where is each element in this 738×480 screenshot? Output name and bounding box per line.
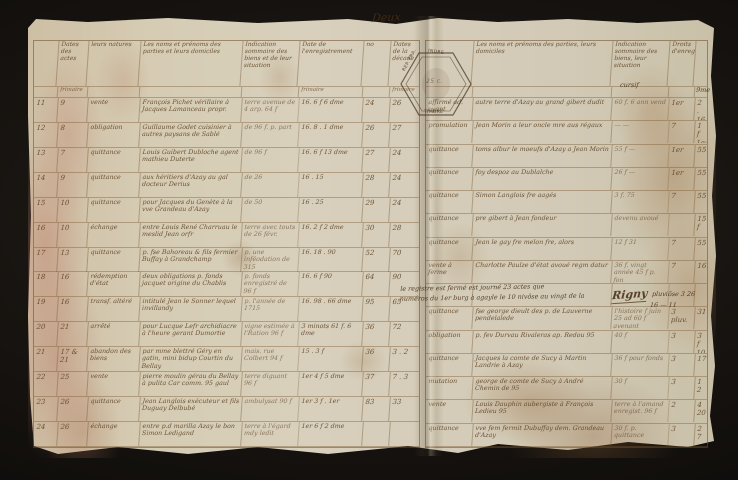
cell-enreg: 3 minots 61 f. 6 dme [298, 322, 364, 346]
cell-no: 12 [33, 123, 59, 147]
cell-nature: arrêté [87, 322, 141, 346]
table-row: quittancevve fem fermit Dubuffay dem. Gr… [426, 424, 707, 447]
column-header: Date de l'enregistrement [297, 41, 364, 86]
table-row: 149quittanceaux héritiers d'Azay au gal … [34, 173, 419, 198]
table-row: 2225ventepierre moulin gérau du Bellay à… [34, 372, 419, 397]
cell-no: 24 [33, 422, 59, 446]
cell-enreg: 16. 2 f 2 dme [298, 223, 364, 247]
note-side-date2: 16 — 11 [650, 301, 677, 309]
cell-c1: 3 [668, 377, 696, 399]
revenue-stamp: INDRE REP. FRA. TIMBRE 25 c. [398, 44, 474, 124]
cell-names: Jacques la comte de Sucy à Martin Landri… [472, 354, 613, 376]
cell-nature: vente [87, 372, 141, 396]
cell-day: 13 [57, 248, 89, 272]
cell-enreg: 15 . 3 f [298, 347, 364, 371]
cell-names: Guillaume Godet cuisinier à autres paysa… [139, 123, 243, 147]
cell-c1: 1er [668, 145, 696, 167]
cell-nature: quittance [425, 238, 474, 260]
cell-names: pre gibert à Jean fondeur [472, 214, 613, 236]
cell-enreg: 16. 6 f 6 dme [298, 98, 364, 122]
cell-names: autre terre d'Azay au grand gibert dudit [472, 98, 613, 120]
cell-c1: 3 pluv. [668, 307, 696, 329]
cell-names: Jean Morin a leur oncle mre aus régaux [472, 121, 613, 143]
cell-c1: 29 [362, 198, 391, 222]
cell-biens: terre diguant 96 f [241, 372, 300, 396]
cell-c2: 17 [694, 354, 708, 376]
table-row: vente à fermeCharlotte Paulze d'état avo… [426, 261, 707, 284]
column-header: no [361, 41, 391, 86]
cell-c1: 36 [362, 322, 391, 346]
cell-no: 11 [33, 98, 59, 122]
cell-no: 21 [33, 347, 59, 371]
cell-names: vve fem fermit Dubuffay dem. Grandeau d'… [472, 424, 613, 446]
cell-enreg: 1er 3 f . 1er [298, 397, 364, 421]
cell-day: 16 [57, 297, 89, 321]
cell-names: Charlotte Paulze d'état avoué regm datur [472, 261, 613, 283]
month-label [473, 87, 613, 97]
table-body-left: 119venteFrançois Pichet vérillaire à Jac… [34, 98, 419, 447]
cell-day: 8 [57, 123, 89, 147]
cell-day: 7 [57, 148, 89, 172]
cell-day: 9 [57, 173, 89, 197]
cell-names: Simon Langlois fre aagés [472, 191, 613, 213]
cell-nature: obligation [425, 331, 474, 353]
cell-c1: 24 [362, 98, 391, 122]
cell-c2: 55 [694, 191, 708, 213]
cell-biens: p. fonds enregistré de 96 f [241, 272, 300, 296]
register-table-left-page: Dates des actesleurs naturesLes noms et … [33, 40, 420, 448]
cell-biens: de 50 [241, 198, 300, 222]
month-label: frimaire [58, 87, 89, 97]
cell-day: 26 [57, 397, 89, 421]
cell-day: 16 [57, 272, 89, 296]
cell-c2: 27 [389, 123, 420, 147]
cell-c1: 2 [668, 400, 696, 422]
cell-no: 20 [33, 322, 59, 346]
cell-c1: 52 [362, 248, 391, 272]
cell-c2: 70 [389, 248, 420, 272]
cell-nature: abandon des biens [87, 347, 141, 371]
cell-names: Louis Dauphin aubergiste à François Ledi… [472, 400, 613, 422]
table-row: 1713quittancep. fse Bahoreau & fils ferm… [34, 248, 419, 273]
cell-droits: 36 f. vingt année 45 f p. fon [611, 261, 670, 283]
table-row: 2326quittanceJean Langlois exécuteur et … [34, 397, 419, 422]
cell-day: 17 & 21 [57, 347, 89, 371]
cell-no: 17 [33, 248, 59, 272]
cell-names: pour Jacques du Genète à la vve Grandeau… [139, 198, 243, 222]
cell-droits: 12 f 31 [611, 238, 670, 260]
cell-nature: vente [425, 400, 474, 422]
cell-biens: mais. rue Colbert 94 f [241, 347, 300, 371]
cell-no: 13 [33, 148, 59, 172]
table-row: 1816rédemption d'étatdeux obligations p.… [34, 272, 419, 297]
column-header [693, 41, 708, 86]
cell-enreg: 16. 98 . 66 dme [298, 297, 364, 321]
table-row: quittanceJacques la comte de Sucy à Mart… [426, 354, 707, 377]
month-label [88, 87, 141, 97]
cell-biens: terre avec touts de 26 févr. [241, 223, 300, 247]
cell-c1: 28 [362, 173, 391, 197]
table-row: quittanceSimon Langlois fre aagés3 f. 75… [426, 191, 707, 214]
cell-names: entre Louis René Charruau le meslid Jean… [139, 223, 243, 247]
cell-day: 9 [57, 98, 89, 122]
cell-c2: 55 [694, 168, 708, 190]
cell-no: 19 [33, 297, 59, 321]
cell-names: foy despoz au Dublalche [472, 168, 613, 190]
cell-no: 18 [33, 272, 59, 296]
cell-c1: 7 [668, 261, 696, 283]
column-header: Les noms et prénoms des parties et leurs… [138, 41, 243, 86]
cell-no: 16 [33, 223, 59, 247]
cell-biens: de 26 [241, 173, 300, 197]
table-row: 2117 & 21abandon des bienspar mme blettr… [34, 347, 419, 372]
cell-c2: 2 . 16 [694, 98, 708, 120]
cell-nature: rédemption d'état [87, 272, 141, 296]
cell-enreg: 16. 18 . 90 [298, 248, 364, 272]
cell-biens: vigne estimée à l'Ration 96 f [241, 322, 300, 346]
cell-nature: quittance [87, 198, 141, 222]
month-label [140, 87, 243, 97]
cell-c2: 28 [389, 223, 420, 247]
cell-names: fse george dieult des p. de Lauverne pen… [472, 307, 613, 329]
column-header: Indication sommaire des biens, leur situ… [610, 41, 670, 86]
cell-c2: 24 [389, 148, 420, 172]
cell-c2: 2 7 [694, 424, 708, 446]
cell-droits: 26 f — [611, 168, 670, 190]
cell-droits: terre à l'amand enregist. 96 f [611, 400, 670, 422]
top-inscription: Deux [371, 10, 401, 25]
cell-biens: de 96 f [241, 148, 300, 172]
table-row: promulationJean Morin a leur oncle mre a… [426, 121, 707, 144]
cell-droits: 40 f [611, 331, 670, 353]
table-row: 1510quittancepour Jacques du Genète à la… [34, 198, 419, 223]
cell-c1: 7 [668, 238, 696, 260]
cell-nature: quittance [425, 354, 474, 376]
cell-biens: p. l'année de 1715 [241, 297, 300, 321]
cell-droits: l'histoire f juin 25 ad 60 f avenant off… [611, 307, 670, 329]
cell-nature: quittance [87, 248, 141, 272]
margin-mark-right: 9me [696, 86, 711, 94]
cell-biens: terre avenue de 4 arp. 64 f [241, 98, 300, 122]
cell-nature: obligation [87, 123, 141, 147]
cell-c2: 31 [694, 307, 708, 329]
cell-enreg: 16. 6 f 90 [298, 272, 364, 296]
cell-c2: 3 . 2 [389, 347, 420, 371]
table-row: 137quittanceLouis Guibert Dubloche agent… [34, 148, 419, 173]
cell-droits: 36 f pour fonds [611, 354, 670, 376]
cell-c2: 4 20 [694, 400, 708, 422]
cell-c2 [694, 284, 708, 306]
cell-droits: 3 f. 75 [611, 191, 670, 213]
cell-day: 21 [57, 322, 89, 346]
cell-droits: 60 f. 6 ann vend [611, 98, 670, 120]
cell-c1: 26 [362, 123, 391, 147]
cell-c1: 64 [362, 272, 391, 296]
cell-c1 [668, 214, 696, 236]
cell-c2 [389, 422, 420, 446]
registrar-signature: Rigny [611, 287, 648, 305]
cell-c1: 1er [668, 98, 696, 120]
cell-names: deux obligations p. fonds jacquet origin… [139, 272, 243, 296]
table-row: 1916transf. altéréintitulé Jean le Sonne… [34, 297, 419, 322]
cell-droits: — — [611, 121, 670, 143]
table-row: quittanceJean le gay fre melon fre, alor… [426, 238, 707, 261]
cell-names: entre p.d marilla Azay le bon Simon Ledi… [139, 422, 243, 446]
table-header-row-left: Dates des actesleurs naturesLes noms et … [34, 41, 419, 87]
cell-names: Jean le gay fre melon fre, alors [472, 238, 613, 260]
cell-no: 22 [33, 372, 59, 396]
cell-nature: quittance [87, 397, 141, 421]
cell-c1: 95 [362, 297, 391, 321]
cell-names: par mme blettré Géry en gatin, mini bidu… [139, 347, 243, 371]
column-header: leurs natures [86, 41, 141, 86]
cell-no: 23 [33, 397, 59, 421]
table-row: 2021arrêtépour Lucque Lefr archidiacre à… [34, 322, 419, 347]
cell-nature: échange [87, 223, 141, 247]
cell-c1: 27 [362, 148, 391, 172]
cell-c1: 3 [668, 354, 696, 376]
cell-day: 25 [57, 372, 89, 396]
cell-names: François Pichet vérillaire à Jacques Lam… [139, 98, 243, 122]
cell-c1: 7 [668, 191, 696, 213]
cell-names: pour Lucque Lefr archidiacre à l'heure g… [139, 322, 243, 346]
cell-c2: 7 . 3 [389, 372, 420, 396]
cell-nature: transf. altéré [87, 297, 141, 321]
cell-c2: 1 2 [694, 377, 708, 399]
closing-note: le registre est fermé est journé 23 acte… [400, 281, 616, 304]
cell-c1: 3 [668, 424, 696, 446]
cell-c1: 36 [362, 347, 391, 371]
cell-nature: quittance [425, 214, 474, 236]
table-row: mutationgeorge de comte de Sucy à André … [426, 377, 707, 400]
cell-enreg: 1er 4 f 5 dme [298, 372, 364, 396]
cell-no: 15 [33, 198, 59, 222]
month-row-left: frimairefrimairefrimaire [34, 87, 419, 98]
table-row: 1610échangeentre Louis René Charruau le … [34, 223, 419, 248]
cell-biens: de 96 f. p. part [241, 123, 300, 147]
cell-day: 26 [57, 422, 89, 446]
month-label [34, 87, 59, 97]
cell-names: intitulé Jean le Sonner lequel invilland… [139, 297, 243, 321]
month-label: frimaire [299, 87, 364, 97]
cell-droits: devenu avoué [611, 214, 670, 236]
cell-names: Louis Guibert Dubloche agent mathieu Dut… [139, 148, 243, 172]
table-row: quittancefoy despoz au Dublalche26 f —1e… [426, 168, 707, 191]
cell-names: pierre moulin gérau du Bellay à pulita C… [139, 372, 243, 396]
stamp-text-center: 25 c. [426, 78, 443, 85]
table-row: quittancepre gibert à Jean fondeurdevenu… [426, 214, 707, 237]
table-row: venteLouis Dauphin aubergiste à François… [426, 400, 707, 423]
cell-enreg: 1er 6 f 2 dme [298, 422, 364, 446]
cell-nature: quittance [425, 307, 474, 329]
cell-nature: quittance [425, 168, 474, 190]
column-header: Les noms et prénoms des parties, leurs d… [471, 41, 613, 86]
cell-nature: quittance [87, 148, 141, 172]
cell-droits: 30 f [611, 377, 670, 399]
cell-c1: 7 [668, 121, 696, 143]
month-label [669, 87, 696, 97]
column-header: Dates des actes [56, 41, 89, 86]
cell-nature: vente à ferme [425, 261, 474, 283]
margin-mark-left: cursif [620, 81, 639, 89]
cell-names: p. fev Durvau Rivaleras ap. Redou 95 [472, 331, 613, 353]
cell-c1: 83 [362, 397, 391, 421]
table-row: obligationp. fev Durvau Rivaleras ap. Re… [426, 331, 707, 354]
cell-c2: 3 f 10 [694, 331, 708, 353]
cell-c2: 33 [389, 397, 420, 421]
cell-enreg: 16. 6 f 13 dme [298, 148, 364, 172]
cell-names: p. fse Bahoreau & fils fermier Buffay à … [139, 248, 243, 272]
column-header: Indication sommaire des biens et de leur… [240, 41, 300, 86]
cell-names: george de comte de Sucy à André Chemin d… [472, 377, 613, 399]
table-row: quittancefse george dieult des p. de Lau… [426, 307, 707, 330]
cell-c2: 16.50 [694, 261, 708, 283]
cell-nature: quittance [425, 191, 474, 213]
cell-day: 10 [57, 223, 89, 247]
table-row: 128obligationGuillaume Godet cuisinier à… [34, 123, 419, 148]
cell-c2: 24 [389, 198, 420, 222]
table-row: 2426échangeentre p.d marilla Azay le bon… [34, 422, 419, 447]
cell-names: Jean Langlois exécuteur et fils Duguay D… [139, 397, 243, 421]
cell-nature: mutation [425, 377, 474, 399]
cell-c2: 55 [694, 145, 708, 167]
cell-c2: 1 f 1er [694, 121, 708, 143]
table-row: 119venteFrançois Pichet vérillaire à Jac… [34, 98, 419, 123]
scanned-register-page: Dates des actesleurs naturesLes noms et … [0, 0, 738, 480]
cell-droits: 55 f — [611, 145, 670, 167]
cell-enreg: 16 . 15 [298, 173, 364, 197]
column-header [32, 41, 59, 86]
cell-c2: 15 f [694, 214, 708, 236]
column-header: Droits d'enregistrement [667, 41, 696, 86]
note-side-date: pluviôse 3 26 [652, 290, 696, 298]
cell-c2: 55 [694, 238, 708, 260]
cell-names: aux héritiers d'Azay au gal docteur Deri… [139, 173, 243, 197]
cell-enreg: 16. 8 . 1 dme [298, 123, 364, 147]
stamp-text-bottom: TIMBRE [424, 110, 443, 115]
cell-day: 10 [57, 198, 89, 222]
cell-nature: quittance [87, 173, 141, 197]
cell-c1 [362, 422, 391, 446]
cell-nature: vente [87, 98, 141, 122]
table-row: quittancetoms albur le moeufs d'Azay a J… [426, 145, 707, 168]
cell-biens: terre à l'égard mdy ledit [241, 422, 300, 446]
cell-biens: ambulysat 90 f [241, 397, 300, 421]
cell-c1: 37 [362, 372, 391, 396]
cell-nature: promulation [425, 121, 474, 143]
cell-c1: 1er [668, 168, 696, 190]
table-body-right: affirmé ad. oyantautre terre d'Azay au g… [426, 98, 707, 447]
cell-c1: 3 [668, 331, 696, 353]
cell-nature: quittance [425, 424, 474, 446]
cell-droits: 30 f. p. quittance [611, 424, 670, 446]
cell-enreg: 16 . 25 [298, 198, 364, 222]
cell-no: 14 [33, 173, 59, 197]
cell-names: toms albur le moeufs d'Azay a Jean Morin [472, 145, 613, 167]
cell-c2: 24 [389, 173, 420, 197]
month-label [242, 87, 300, 97]
cell-biens: p. une inféodation de 315 [241, 248, 300, 272]
cell-nature: échange [87, 422, 141, 446]
month-label [363, 87, 391, 97]
cell-c1: 30 [362, 223, 391, 247]
cell-nature: quittance [425, 145, 474, 167]
cell-c2: 72 [389, 322, 420, 346]
